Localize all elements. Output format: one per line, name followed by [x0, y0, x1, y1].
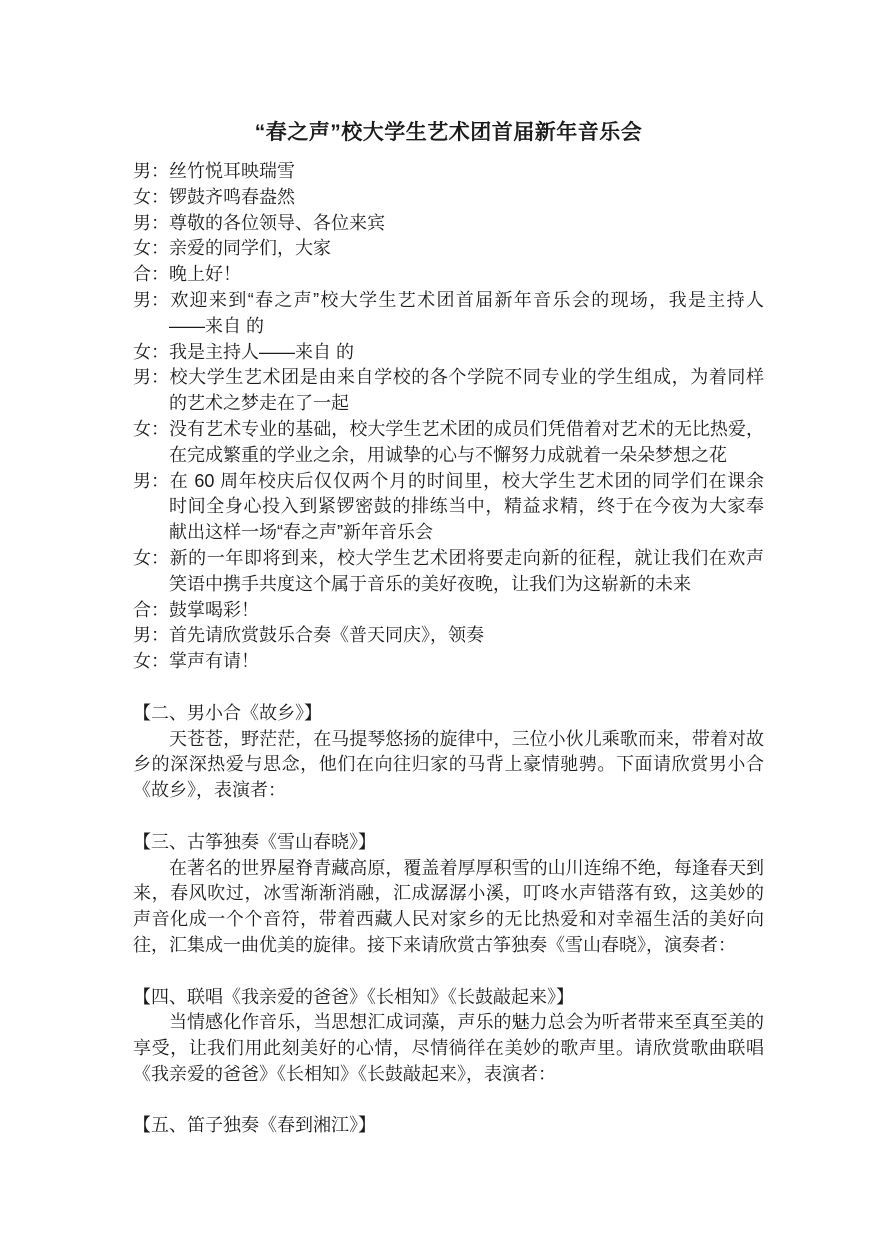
- speaker-label: 男：: [133, 211, 169, 237]
- dialogue-line-text: 笑语中携手共度这个属于音乐的美好夜晚，让我们为这崭新的未来: [169, 574, 691, 594]
- dialogue-line: 笑语中携手共度这个属于音乐的美好夜晚，让我们为这崭新的未来: [133, 572, 764, 598]
- speaker-label: 女：: [133, 185, 169, 211]
- dialogue-line: 男：校大学生艺术团是由来自学校的各个学院不同专业的学生组成，为着同样: [133, 365, 764, 391]
- dialogue-paragraph: 男：丝竹悦耳映瑞雪: [133, 159, 764, 185]
- dialogue-line: 女：锣鼓齐鸣春盎然: [133, 185, 764, 211]
- dialogue-line-text: ——来自 的: [169, 316, 264, 336]
- dialogue-line: 时间全身心投入到紧锣密鼓的排练当中，精益求精，终于在今夜为大家奉: [133, 494, 764, 520]
- dialogue-paragraph: 男：校大学生艺术团是由来自学校的各个学院不同专业的学生组成，为着同样的艺术之梦走…: [133, 365, 764, 417]
- dialogue-line-text: 锣鼓齐鸣春盎然: [169, 187, 295, 207]
- dialogue-line: 在完成繁重的学业之余，用诚挚的心与不懈努力成就着一朵朵梦想之花: [133, 443, 764, 469]
- section-heading: 【五、笛子独奏《春到湘江》】: [133, 1113, 764, 1139]
- speaker-label: 合：: [133, 598, 169, 624]
- dialogue-paragraph: 男：欢迎来到“春之声”校大学生艺术团首届新年音乐会的现场，我是主持人——来自 的: [133, 288, 764, 340]
- blank-line: [133, 1088, 764, 1114]
- section-line: 享受，让我们用此刻美好的心情，尽情徜徉在美妙的歌声里。请欣赏歌曲联唱: [133, 1036, 764, 1062]
- dialogue-paragraph: 男：尊敬的各位领导、各位来宾: [133, 211, 764, 237]
- dialogue-line: 女：掌声有请！: [133, 649, 764, 675]
- program-section: 【四、联唱《我亲爱的爸爸》《长相知》《长鼓敲起来》】当情感化作音乐，当思想汇成词…: [133, 985, 764, 1088]
- section-line: 《我亲爱的爸爸》《长相知》《长鼓敲起来》，表演者：: [133, 1062, 764, 1088]
- dialogue-line-text: 我是主持人——来自 的: [169, 342, 354, 362]
- blank-line: [133, 804, 764, 830]
- dialogue-paragraph: 女：亲爱的同学们，大家: [133, 236, 764, 262]
- section-line: 在著名的世界屋脊青藏高原，覆盖着厚厚积雪的山川连绵不绝，每逢春天到: [133, 856, 764, 882]
- dialogue-line-text: 尊敬的各位领导、各位来宾: [169, 213, 385, 233]
- section-line: 当情感化作音乐，当思想汇成词藻，声乐的魅力总会为听者带来至真至美的: [133, 1010, 764, 1036]
- dialogue-paragraph: 女：掌声有请！: [133, 649, 764, 675]
- dialogue-line: 女：亲爱的同学们，大家: [133, 236, 764, 262]
- dialogue-paragraph: 女：锣鼓齐鸣春盎然: [133, 185, 764, 211]
- dialogue-paragraph: 合：晚上好！: [133, 262, 764, 288]
- speaker-label: 女：: [133, 546, 169, 572]
- section-line: 《故乡》，表演者：: [133, 778, 764, 804]
- section-line: 来，春风吹过，冰雪渐渐消融，汇成潺潺小溪，叮咚水声错落有致，这美妙的: [133, 881, 764, 907]
- dialogue-line-text: 丝竹悦耳映瑞雪: [169, 161, 295, 181]
- blank-line: [133, 959, 764, 985]
- dialogue-line-text: 在 60 周年校庆后仅仅两个月的时间里，校大学生艺术团的同学们在课余: [169, 471, 764, 491]
- dialogue-line: 男：在 60 周年校庆后仅仅两个月的时间里，校大学生艺术团的同学们在课余: [133, 469, 764, 495]
- dialogue-line-text: 的艺术之梦走在了一起: [169, 393, 349, 413]
- speaker-label: 男：: [133, 159, 169, 185]
- dialogue-line: 女：没有艺术专业的基础，校大学生艺术团的成员们凭借着对艺术的无比热爱，: [133, 417, 764, 443]
- dialogue-line-text: 时间全身心投入到紧锣密鼓的排练当中，精益求精，终于在今夜为大家奉: [169, 496, 764, 516]
- speaker-label: 男：: [133, 288, 169, 314]
- dialogue-line-text: 首先请欣赏鼓乐合奏《普天同庆》，领奏: [169, 625, 484, 645]
- dialogue-line-text: 亲爱的同学们，大家: [169, 238, 331, 258]
- dialogue-paragraph: 合：鼓掌喝彩！: [133, 598, 764, 624]
- dialogue-line: 男：丝竹悦耳映瑞雪: [133, 159, 764, 185]
- section-heading: 【三、古筝独奏《雪山春晓》】: [133, 830, 764, 856]
- speaker-label: 女：: [133, 236, 169, 262]
- dialogue-line-text: 校大学生艺术团是由来自学校的各个学院不同专业的学生组成，为着同样: [169, 367, 764, 387]
- dialogue-line: 合：晚上好！: [133, 262, 764, 288]
- section-line: 声音化成一个个音符，带着西藏人民对家乡的无比热爱和对幸福生活的美好向: [133, 907, 764, 933]
- dialogue-line-text: 鼓掌喝彩！: [169, 600, 259, 620]
- section-line: 往，汇集成一曲优美的旋律。接下来请欣赏古筝独奏《雪山春晓》，演奏者：: [133, 933, 764, 959]
- dialogue-line-text: 在完成繁重的学业之余，用诚挚的心与不懈努力成就着一朵朵梦想之花: [169, 445, 727, 465]
- dialogue-line-text: 献出这样一场“春之声”新年音乐会: [169, 522, 433, 542]
- section-heading: 【四、联唱《我亲爱的爸爸》《长相知》《长鼓敲起来》】: [133, 985, 764, 1011]
- dialogue-line: 男：欢迎来到“春之声”校大学生艺术团首届新年音乐会的现场，我是主持人: [133, 288, 764, 314]
- dialogue-line: 的艺术之梦走在了一起: [133, 391, 764, 417]
- dialogue-line-text: 掌声有请！: [169, 651, 259, 671]
- dialogue-block: 男：丝竹悦耳映瑞雪女：锣鼓齐鸣春盎然男：尊敬的各位领导、各位来宾女：亲爱的同学们…: [133, 159, 764, 675]
- dialogue-paragraph: 男：在 60 周年校庆后仅仅两个月的时间里，校大学生艺术团的同学们在课余时间全身…: [133, 469, 764, 546]
- dialogue-line: 男：首先请欣赏鼓乐合奏《普天同庆》，领奏: [133, 623, 764, 649]
- speaker-label: 女：: [133, 649, 169, 675]
- speaker-label: 男：: [133, 623, 169, 649]
- section-line: 乡的深深热爱与思念，他们在向往归家的马背上豪情驰骋。下面请欣赏男小合: [133, 752, 764, 778]
- program-section: 【二、男小合《故乡》】天苍苍，野茫茫，在马提琴悠扬的旋律中，三位小伙儿乘歌而来，…: [133, 701, 764, 804]
- dialogue-paragraph: 女：我是主持人——来自 的: [133, 340, 764, 366]
- document-title: “春之声”校大学生艺术团首届新年音乐会: [133, 118, 764, 148]
- dialogue-line-text: 晚上好！: [169, 264, 241, 284]
- dialogue-line: 男：尊敬的各位领导、各位来宾: [133, 211, 764, 237]
- program-section: 【五、笛子独奏《春到湘江》】: [133, 1113, 764, 1139]
- dialogue-line: 女：我是主持人——来自 的: [133, 340, 764, 366]
- speaker-label: 合：: [133, 262, 169, 288]
- dialogue-line: ——来自 的: [133, 314, 764, 340]
- section-line: 天苍苍，野茫茫，在马提琴悠扬的旋律中，三位小伙儿乘歌而来，带着对故: [133, 727, 764, 753]
- speaker-label: 男：: [133, 469, 169, 495]
- dialogue-paragraph: 男：首先请欣赏鼓乐合奏《普天同庆》，领奏: [133, 623, 764, 649]
- blank-line: [133, 675, 764, 701]
- dialogue-paragraph: 女：没有艺术专业的基础，校大学生艺术团的成员们凭借着对艺术的无比热爱，在完成繁重…: [133, 417, 764, 469]
- section-heading: 【二、男小合《故乡》】: [133, 701, 764, 727]
- speaker-label: 女：: [133, 417, 169, 443]
- dialogue-line: 女：新的一年即将到来，校大学生艺术团将要走向新的征程，就让我们在欢声: [133, 546, 764, 572]
- document-page: “春之声”校大学生艺术团首届新年音乐会 男：丝竹悦耳映瑞雪女：锣鼓齐鸣春盎然男：…: [0, 0, 884, 1250]
- speaker-label: 女：: [133, 340, 169, 366]
- dialogue-line-text: 没有艺术专业的基础，校大学生艺术团的成员们凭借着对艺术的无比热爱，: [169, 419, 764, 439]
- dialogue-line: 献出这样一场“春之声”新年音乐会: [133, 520, 764, 546]
- sections-block: 【二、男小合《故乡》】天苍苍，野茫茫，在马提琴悠扬的旋律中，三位小伙儿乘歌而来，…: [133, 675, 764, 1139]
- document-content: “春之声”校大学生艺术团首届新年音乐会 男：丝竹悦耳映瑞雪女：锣鼓齐鸣春盎然男：…: [133, 118, 764, 1139]
- speaker-label: 男：: [133, 365, 169, 391]
- dialogue-line-text: 新的一年即将到来，校大学生艺术团将要走向新的征程，就让我们在欢声: [169, 548, 764, 568]
- dialogue-paragraph: 女：新的一年即将到来，校大学生艺术团将要走向新的征程，就让我们在欢声笑语中携手共…: [133, 546, 764, 598]
- dialogue-line-text: 欢迎来到“春之声”校大学生艺术团首届新年音乐会的现场，我是主持人: [169, 290, 764, 310]
- dialogue-line: 合：鼓掌喝彩！: [133, 598, 764, 624]
- program-section: 【三、古筝独奏《雪山春晓》】在著名的世界屋脊青藏高原，覆盖着厚厚积雪的山川连绵不…: [133, 830, 764, 959]
